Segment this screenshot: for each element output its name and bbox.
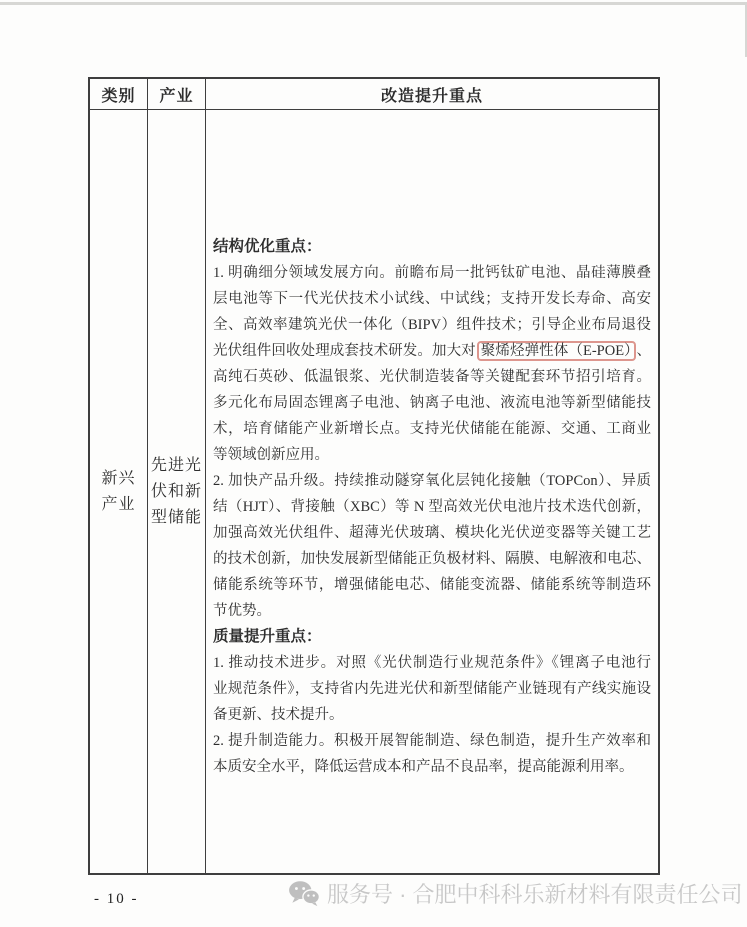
category-line: 新兴 (101, 466, 135, 492)
content-line: 结构优化重点： (213, 234, 651, 260)
watermark: 服务号 · 合肥中科科乐新材料有限责任公司 (288, 878, 743, 909)
watermark-text: 服务号 · 合肥中科科乐新材料有限责任公司 (327, 878, 743, 909)
content-line: 全、高效率建筑光伏一体化（BIPV）组件技术；引导企业布局退役 (213, 312, 651, 338)
category-cell: 新兴 产业 (90, 110, 148, 873)
content-line: 备更新、技术提升。 (213, 702, 651, 728)
wechat-icon (288, 880, 320, 907)
content-line: 储能系统等环节，增强储能电芯、储能变流器、储能系统等制造环 (213, 572, 651, 598)
category-line: 产业 (101, 492, 135, 518)
content-cell: 结构优化重点：1. 明确细分领域发展方向。前瞻布局一批钙钛矿电池、晶硅薄膜叠层电… (206, 110, 658, 873)
content-line: 节优势。 (213, 598, 651, 624)
content-line: 多元化布局固态锂离子电池、钠离子电池、液流电池等新型储能技 (213, 390, 651, 416)
content-text: 、 (637, 343, 652, 359)
industry-cell: 先进光 伏和新 型储能 (148, 110, 206, 873)
industry-line: 先进光 (151, 453, 202, 479)
content-line: 加强高效光伏组件、超薄光伏玻璃、模块化光伏逆变器等关键工艺 (213, 520, 651, 546)
industry-line: 型储能 (151, 505, 202, 531)
content-line: 本质安全水平，降低运营成本和产品不良品率，提高能源利用率。 (213, 754, 651, 780)
header-focus: 改造提升重点 (206, 79, 658, 110)
content-line: 的技术创新，加快发展新型储能正负极材料、隔膜、电解液和电芯、 (213, 546, 651, 572)
upgrade-focus-table: 类别 产业 改造提升重点 新兴 产业 先进光 伏和新 型储能 结构优化重点：1.… (88, 77, 660, 875)
epoe-highlight-box: 聚烯烃弹性体（E-POE） (477, 341, 636, 361)
header-category: 类别 (90, 79, 148, 110)
industry-line: 伏和新 (151, 479, 202, 505)
content-line: 术，培育储能产业新增长点。支持光伏储能在能源、交通、工商业 (213, 416, 651, 442)
content-line: 光伏组件回收处理成套技术研发。加大对聚烯烃弹性体（E-POE）、 (213, 338, 651, 364)
header-industry: 产业 (148, 79, 206, 110)
content-line: 质量提升重点： (213, 624, 651, 650)
content-line: 1. 推动技术进步。对照《光伏制造行业规范条件》《锂离子电池行 (213, 650, 651, 676)
content-line: 2. 提升制造能力。积极开展智能制造、绿色制造，提升生产效率和 (213, 728, 651, 754)
content-line: 2. 加快产品升级。持续推动隧穿氧化层钝化接触（TOPCon）、异质 (213, 468, 651, 494)
content-line: 结（HJT）、背接触（XBC）等 N 型高效光伏电池片技术迭代创新， (213, 494, 651, 520)
content-text: 光伏组件回收处理成套技术研发。加大对 (213, 343, 476, 359)
content-line: 1. 明确细分领域发展方向。前瞻布局一批钙钛矿电池、晶硅薄膜叠 (213, 260, 651, 286)
document-page: 类别 产业 改造提升重点 新兴 产业 先进光 伏和新 型储能 结构优化重点：1.… (0, 0, 747, 927)
page-top-edge (0, 2, 747, 5)
page-number: - 10 - (94, 891, 139, 908)
content-line: 层电池等下一代光伏技术小试线、中试线；支持开发长寿命、高安 (213, 286, 651, 312)
content-line: 高纯石英砂、低温银浆、光伏制造装备等关键配套环节招引培育。 (213, 364, 651, 390)
content-line: 等领域创新应用。 (213, 442, 651, 468)
content-line: 业规范条件》，支持省内先进光伏和新型储能产业链现有产线实施设 (213, 676, 651, 702)
